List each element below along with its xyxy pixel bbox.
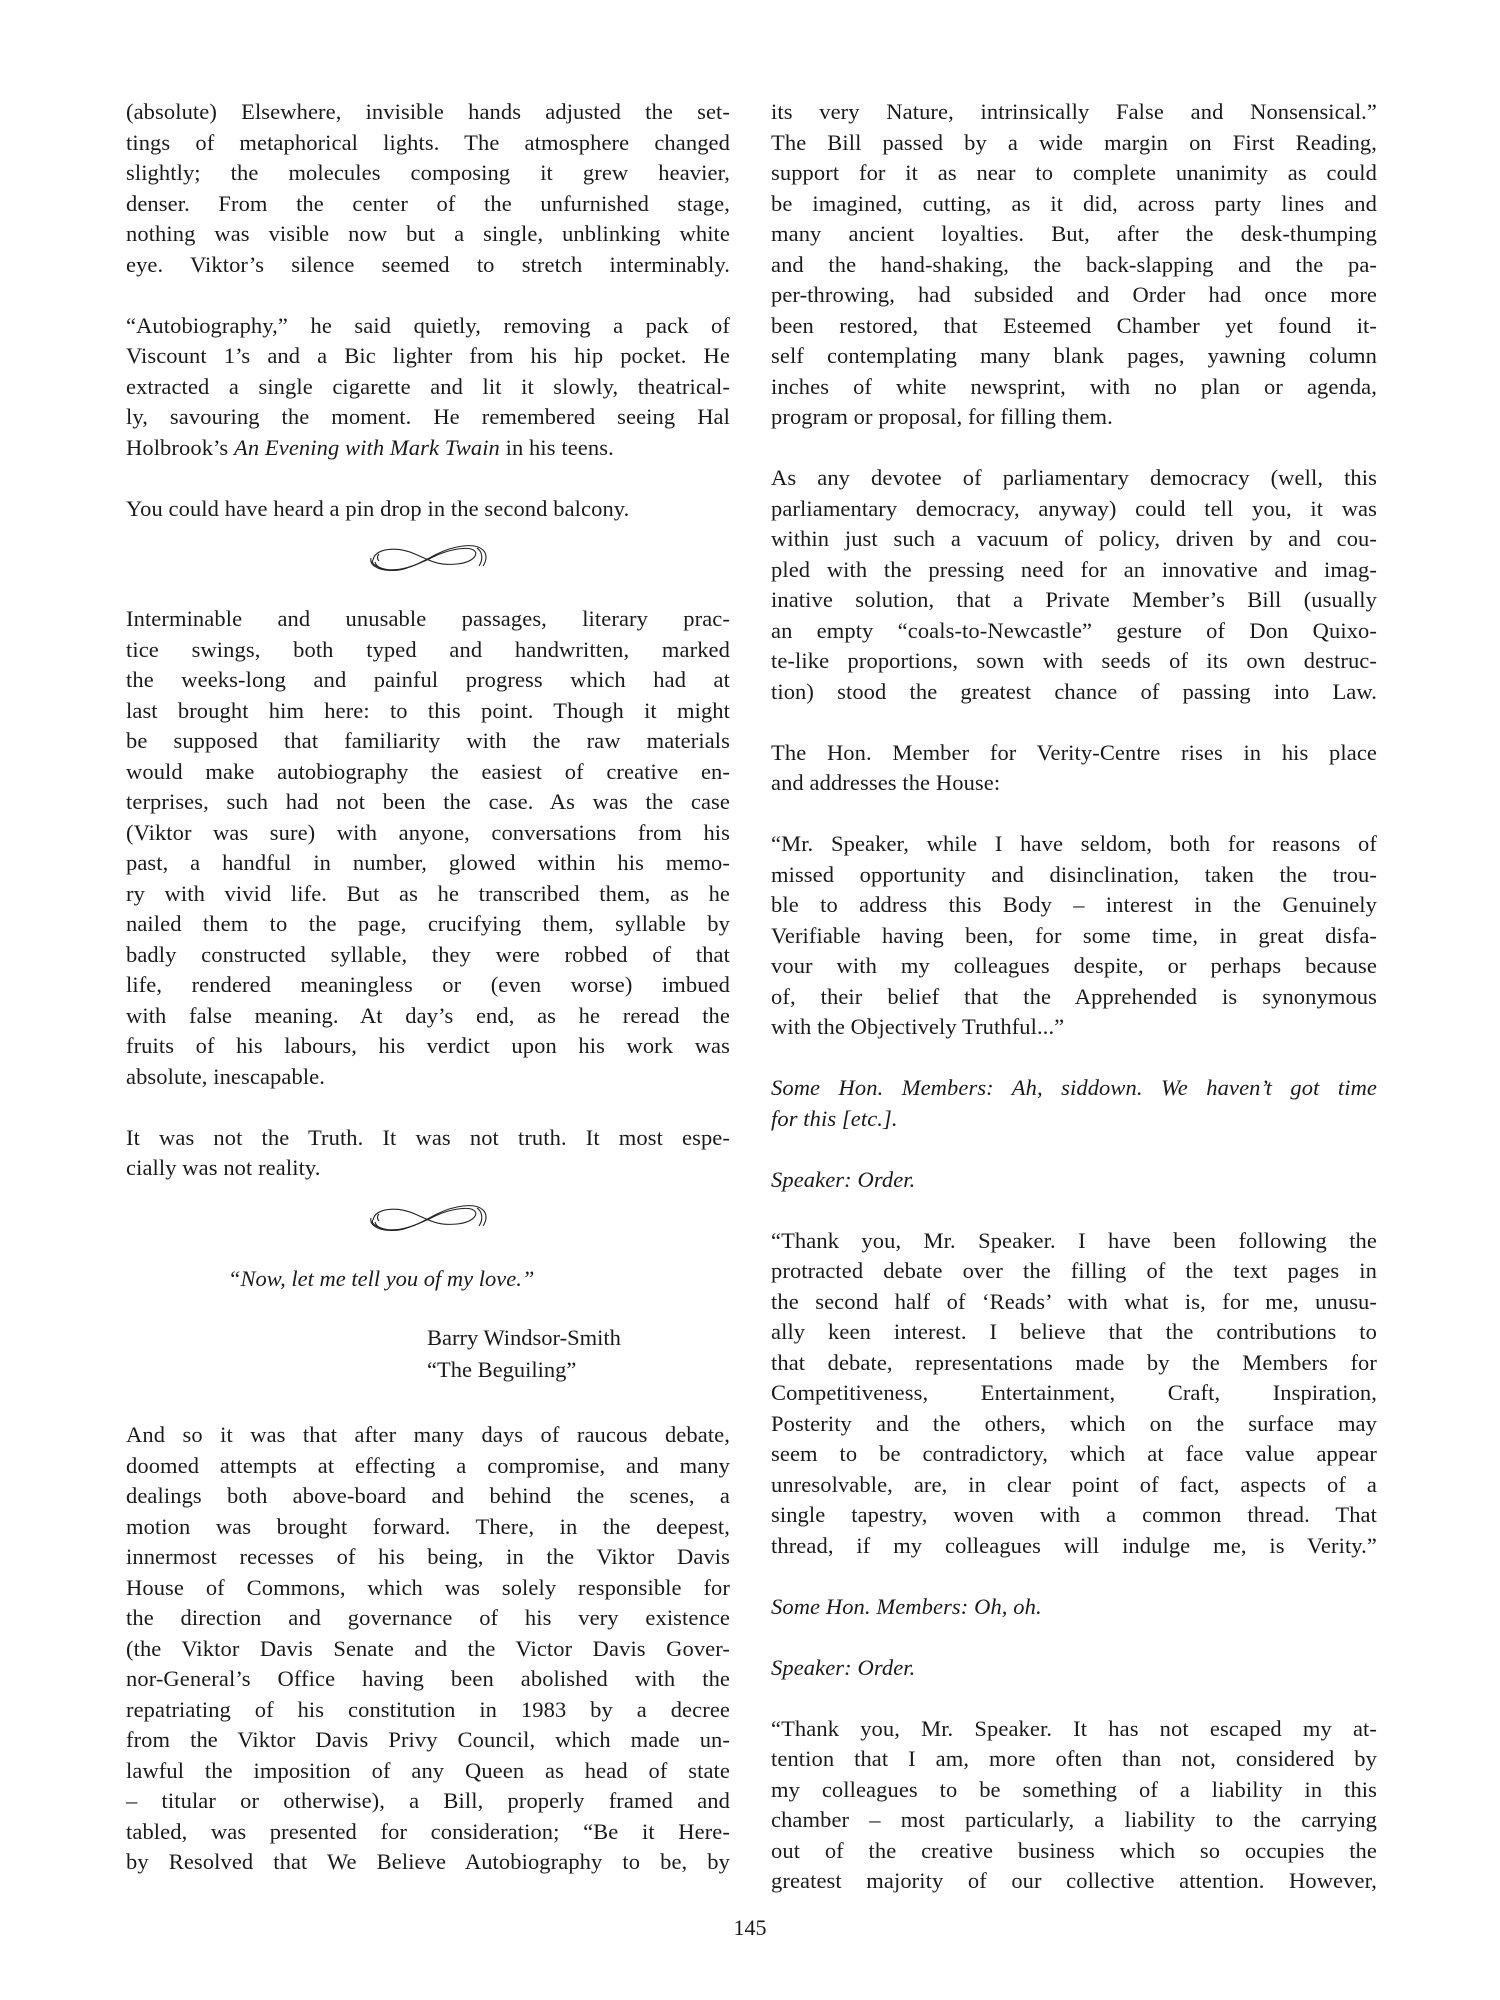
text-line: The Hon. Member for Verity-Centre rises … [771,738,1377,769]
text-line: pled with the pressing need for an innov… [771,555,1377,586]
epigraph-quote: “Now, let me tell you of my love.” [126,1264,730,1295]
text-line: missed opportunity and disinclination, t… [771,860,1377,891]
text-line: It was not the Truth. It was not truth. … [126,1123,730,1154]
text-line: repatriating of his constitution in 1983… [126,1695,730,1726]
text-line: tabled, was presented for consideration;… [126,1817,730,1848]
stage-direction: Speaker: Order. [771,1653,1377,1684]
text-line: cially was not reality. [126,1153,730,1184]
text-line: and the hand-shaking, the back-slapping … [771,250,1377,281]
text-line: from the Viktor Davis Privy Council, whi… [126,1725,730,1756]
text-line: inches of white newsprint, with no plan … [771,372,1377,403]
text-line: ble to address this Body – interest in t… [771,890,1377,921]
epigraph: “Now, let me tell you of my love.” Barry… [126,1264,730,1387]
text-line: Verifiable having been, for some time, i… [771,921,1377,952]
text-line: program or proposal, for filling them. [771,402,1377,433]
text-line: self contemplating many blank pages, yaw… [771,341,1377,372]
text-line: te-like proportions, sown with seeds of … [771,646,1377,677]
text-line: be supposed that familiarity with the ra… [126,726,730,757]
text-line: out of the creative business which so oc… [771,1836,1377,1867]
left-column: (absolute) Elsewhere, invisible hands ad… [126,97,730,1908]
text-line: with the Objectively Truthful...” [771,1012,1377,1043]
text-line: my colleagues to be something of a liabi… [771,1775,1377,1806]
text-line: nothing was visible now but a single, un… [126,219,730,250]
text-line: support for it as near to complete unani… [771,158,1377,189]
text-line: (absolute) Elsewhere, invisible hands ad… [126,97,730,128]
text-line: Competitiveness, Entertainment, Craft, I… [771,1378,1377,1409]
text-line: innermost recesses of his being, in the … [126,1542,730,1573]
text-line: greatest majority of our collective atte… [771,1866,1377,1897]
text-line: (Viktor was sure) with anyone, conversat… [126,818,730,849]
infinity-flourish-icon [126,540,730,578]
text-line: tice swings, both typed and handwritten,… [126,635,730,666]
paragraph: It was not the Truth. It was not truth. … [126,1123,730,1184]
text-line: and addresses the House: [771,768,1377,799]
text-line: tings of metaphorical lights. The atmosp… [126,128,730,159]
text-run: in his teens. [500,435,614,460]
book-title: An Evening with Mark Twain [234,435,500,460]
text-line: And so it was that after many days of ra… [126,1420,730,1451]
text-line: You could have heard a pin drop in the s… [126,494,730,525]
text-line: would make autobiography the easiest of … [126,757,730,788]
page-number: 145 [0,1913,1500,1943]
text-line: Interminable and unusable passages, lite… [126,604,730,635]
flourish-svg [367,1200,489,1236]
text-line: eye. Viktor’s silence seemed to stretch … [126,250,730,281]
text-line: House of Commons, which was solely respo… [126,1573,730,1604]
paragraph: “Mr. Speaker, while I have seldom, both … [771,829,1377,1043]
text-line: the second half of ‘Reads’ with what is,… [771,1287,1377,1318]
text-line: single tapestry, woven with a common thr… [771,1500,1377,1531]
text-line: As any devotee of parliamentary democrac… [771,463,1377,494]
paragraph: Interminable and unusable passages, lite… [126,604,730,1092]
text-line: Holbrook’s An Evening with Mark Twain in… [126,433,730,464]
paragraph: And so it was that after many days of ra… [126,1420,730,1878]
text-line: Speaker: Order. [771,1653,1377,1684]
text-line: (the Viktor Davis Senate and the Victor … [126,1634,730,1665]
text-line: chamber – most particularly, a liability… [771,1805,1377,1836]
text-line: been restored, that Esteemed Chamber yet… [771,311,1377,342]
text-line: slightly; the molecules composing it gre… [126,158,730,189]
text-line: within just such a vacuum of policy, dri… [771,524,1377,555]
text-line: Speaker: Order. [771,1165,1377,1196]
text-line: nailed them to the page, crucifying them… [126,909,730,940]
text-line: “Thank you, Mr. Speaker. I have been fol… [771,1226,1377,1257]
text-line: many ancient loyalties. But, after the d… [771,219,1377,250]
text-line: “Mr. Speaker, while I have seldom, both … [771,829,1377,860]
text-line: by Resolved that We Believe Autobiograph… [126,1847,730,1878]
text-line: “Thank you, Mr. Speaker. It has not esca… [771,1714,1377,1745]
text-line: vour with my colleagues despite, or perh… [771,951,1377,982]
text-line: extracted a single cigarette and lit it … [126,372,730,403]
stage-direction: Speaker: Order. [771,1165,1377,1196]
text-line: Viscount 1’s and a Bic lighter from his … [126,341,730,372]
text-line: protracted debate over the filling of th… [771,1256,1377,1287]
flourish-svg [367,540,489,576]
text-line: inative solution, that a Private Member’… [771,585,1377,616]
text-run: Holbrook’s [126,435,234,460]
paragraph: You could have heard a pin drop in the s… [126,494,730,525]
text-line: be imagined, cutting, as it did, across … [771,189,1377,220]
text-line: nor-General’s Office having been abolish… [126,1664,730,1695]
text-line: – titular or otherwise), a Bill, properl… [126,1786,730,1817]
text-line: Some Hon. Members: Ah, siddown. We haven… [771,1073,1377,1104]
stage-direction: Some Hon. Members: Ah, siddown. We haven… [771,1073,1377,1134]
text-line: unresolvable, are, in clear point of fac… [771,1470,1377,1501]
text-line: with false meaning. At day’s end, as he … [126,1001,730,1032]
text-line: ly, savouring the moment. He remembered … [126,402,730,433]
text-line: past, a handful in number, glowed within… [126,848,730,879]
stage-direction: Some Hon. Members: Oh, oh. [771,1592,1377,1623]
text-line: life, rendered meaningless or (even wors… [126,970,730,1001]
text-line: motion was brought forward. There, in th… [126,1512,730,1543]
infinity-flourish-icon [126,1200,730,1238]
text-line: tention that I am, more often than not, … [771,1744,1377,1775]
right-column: its very Nature, intrinsically False and… [771,97,1377,1927]
text-line: per-throwing, had subsided and Order had… [771,280,1377,311]
paragraph: (absolute) Elsewhere, invisible hands ad… [126,97,730,280]
text-line: thread, if my colleagues will indulge me… [771,1531,1377,1562]
text-line: “Autobiography,” he said quietly, removi… [126,311,730,342]
text-line: lawful the imposition of any Queen as he… [126,1756,730,1787]
text-line: ally keen interest. I believe that the c… [771,1317,1377,1348]
text-line: ry with vivid life. But as he transcribe… [126,879,730,910]
paragraph: As any devotee of parliamentary democrac… [771,463,1377,707]
text-line: seem to be contradictory, which at face … [771,1439,1377,1470]
text-line: tion) stood the greatest chance of passi… [771,677,1377,708]
text-line: badly constructed syllable, they were ro… [126,940,730,971]
text-line: that debate, representations made by the… [771,1348,1377,1379]
text-line: last brought him here: to this point. Th… [126,696,730,727]
paragraph: “Thank you, Mr. Speaker. I have been fol… [771,1226,1377,1562]
text-line: the weeks-long and painful progress whic… [126,665,730,696]
text-line: dealings both above-board and behind the… [126,1481,730,1512]
text-line: absolute, inescapable. [126,1062,730,1093]
text-line: Posterity and the others, which on the s… [771,1409,1377,1440]
paragraph: The Hon. Member for Verity-Centre rises … [771,738,1377,799]
text-line: the direction and governance of his very… [126,1603,730,1634]
text-line: fruits of his labours, his verdict upon … [126,1031,730,1062]
paragraph: “Thank you, Mr. Speaker. It has not esca… [771,1714,1377,1897]
text-line: for this [etc.]. [771,1104,1377,1135]
epigraph-author: Barry Windsor-Smith [126,1322,730,1354]
text-line: of, their belief that the Apprehended is… [771,982,1377,1013]
paragraph: “Autobiography,” he said quietly, removi… [126,311,730,464]
text-line: denser. From the center of the unfurnish… [126,189,730,220]
epigraph-source: “The Beguiling” [126,1354,730,1386]
text-line: doomed attempts at effecting a compromis… [126,1451,730,1482]
text-line: terprises, such had not been the case. A… [126,787,730,818]
text-line: The Bill passed by a wide margin on Firs… [771,128,1377,159]
text-line: parliamentary democracy, anyway) could t… [771,494,1377,525]
text-line: Some Hon. Members: Oh, oh. [771,1592,1377,1623]
paragraph: its very Nature, intrinsically False and… [771,97,1377,433]
text-line: an empty “coals-to-Newcastle” gesture of… [771,616,1377,647]
text-line: its very Nature, intrinsically False and… [771,97,1377,128]
